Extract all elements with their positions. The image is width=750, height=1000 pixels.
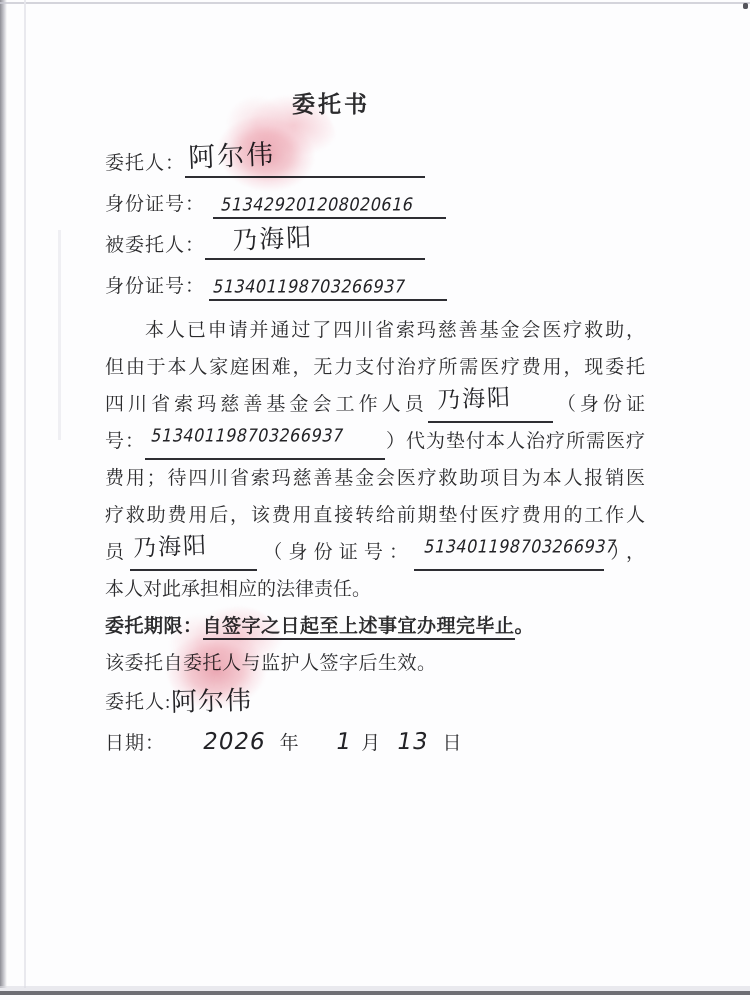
signer-label: 委托人:	[105, 692, 171, 713]
line3-text: 四川省索玛慈善基金会工作人员	[105, 394, 428, 415]
field-row-client-id: 身份证号： 513429201208020616	[105, 178, 645, 219]
line7-text-mid: （身份证号：	[257, 542, 414, 563]
field-row-client: 委托人： 阿尔伟	[105, 137, 645, 178]
line7-name-handwriting: 乃海阳	[133, 528, 210, 568]
trustee-id-handwriting: 513401198703266937	[211, 276, 408, 297]
line4-text: 号：	[105, 431, 145, 452]
date-line: 日期：2026年1月13日	[105, 722, 645, 762]
client-label: 委托人：	[105, 148, 185, 178]
scan-edge-top	[0, 2, 750, 4]
signer-line: 委托人:阿尔伟	[105, 682, 645, 722]
trustee-id-blank: 513401198703266937	[209, 269, 447, 301]
line4-blank: 513401198703266937	[145, 430, 385, 460]
paragraph-line-7: 员乃海阳（身份证号：513401198703266937），	[105, 534, 645, 571]
date-label: 日期：	[105, 733, 165, 754]
line7-id-blank: 513401198703266937	[414, 541, 604, 571]
document-title: 委托书	[61, 86, 601, 119]
paragraph-line-2: 但由于本人家庭困难，无力支付治疗所需医疗费用，现委托	[105, 349, 645, 386]
line3-name-handwriting: 乃海阳	[436, 380, 513, 420]
term-period-end: 。	[515, 616, 535, 637]
scan-streak	[58, 230, 61, 440]
client-name-handwriting: 阿尔伟	[187, 132, 276, 175]
field-row-trustee-id: 身份证号： 513401198703266937	[105, 260, 645, 301]
client-id-label: 身份证号：	[105, 189, 205, 219]
date-day-unit: 日	[443, 733, 463, 754]
effective-note: 该委托自委托人与监护人签字后生效。	[105, 646, 645, 682]
client-id-blank: 513429201208020616	[213, 187, 446, 219]
client-id-handwriting: 513429201208020616	[219, 194, 416, 215]
trustee-label: 被委托人：	[105, 230, 205, 260]
field-row-trustee: 被委托人： 乃海阳	[105, 219, 645, 260]
signer-name-handwriting: 阿尔伟	[171, 681, 253, 723]
term-period-line: 委托期限：自签字之日起至上述事宜办理完毕止。	[105, 608, 645, 646]
paper-crease-line	[24, 0, 26, 988]
date-year-unit: 年	[280, 733, 300, 754]
term-period-label: 委托期限：	[105, 616, 203, 637]
paragraph-line-4: 号：513401198703266937）代为垫付本人治疗所需医疗	[105, 423, 645, 460]
date-year-handwriting: 2026	[199, 722, 269, 762]
line3-text-post: （身份证	[553, 394, 645, 415]
date-month-unit: 月	[361, 733, 381, 754]
document-body: 委托书 委托人： 阿尔伟 身份证号： 513429201208020616 被委…	[105, 86, 645, 762]
scan-edge-bottom	[0, 991, 750, 995]
line7-id-handwriting: 513401198703266937	[420, 526, 621, 567]
line4-text-post: ）代为垫付本人治疗所需医疗	[385, 431, 645, 452]
date-month-handwriting: 1	[332, 722, 355, 762]
scan-speck	[743, 3, 748, 9]
line4-id-handwriting: 513401198703266937	[147, 415, 348, 456]
line7-name-blank: 乃海阳	[130, 541, 257, 571]
date-day-handwriting: 13	[394, 722, 432, 762]
term-period-value: 自签字之日起至上述事宜办理完毕止	[203, 616, 515, 640]
paragraph-line-8: 本人对此承担相应的法律责任。	[105, 571, 645, 608]
paragraph-line-1: 本人已申请并通过了四川省索玛慈善基金会医疗救助，	[105, 312, 645, 349]
client-name-blank: 阿尔伟	[185, 146, 425, 178]
scan-edge-left	[0, 0, 7, 988]
line7-text: 员	[105, 542, 130, 563]
trustee-name-blank: 乃海阳	[205, 228, 425, 260]
main-paragraph: 本人已申请并通过了四川省索玛慈善基金会医疗救助， 但由于本人家庭困难，无力支付治…	[105, 312, 645, 608]
paragraph-line-5: 费用；待四川省索玛慈善基金会医疗救助项目为本人报销医	[105, 460, 645, 497]
scanned-document-page: 委托书 委托人： 阿尔伟 身份证号： 513429201208020616 被委…	[0, 0, 750, 1000]
line3-blank: 乃海阳	[428, 393, 553, 423]
trustee-name-handwriting: 乃海阳	[231, 218, 314, 257]
trustee-id-label: 身份证号：	[105, 271, 205, 301]
